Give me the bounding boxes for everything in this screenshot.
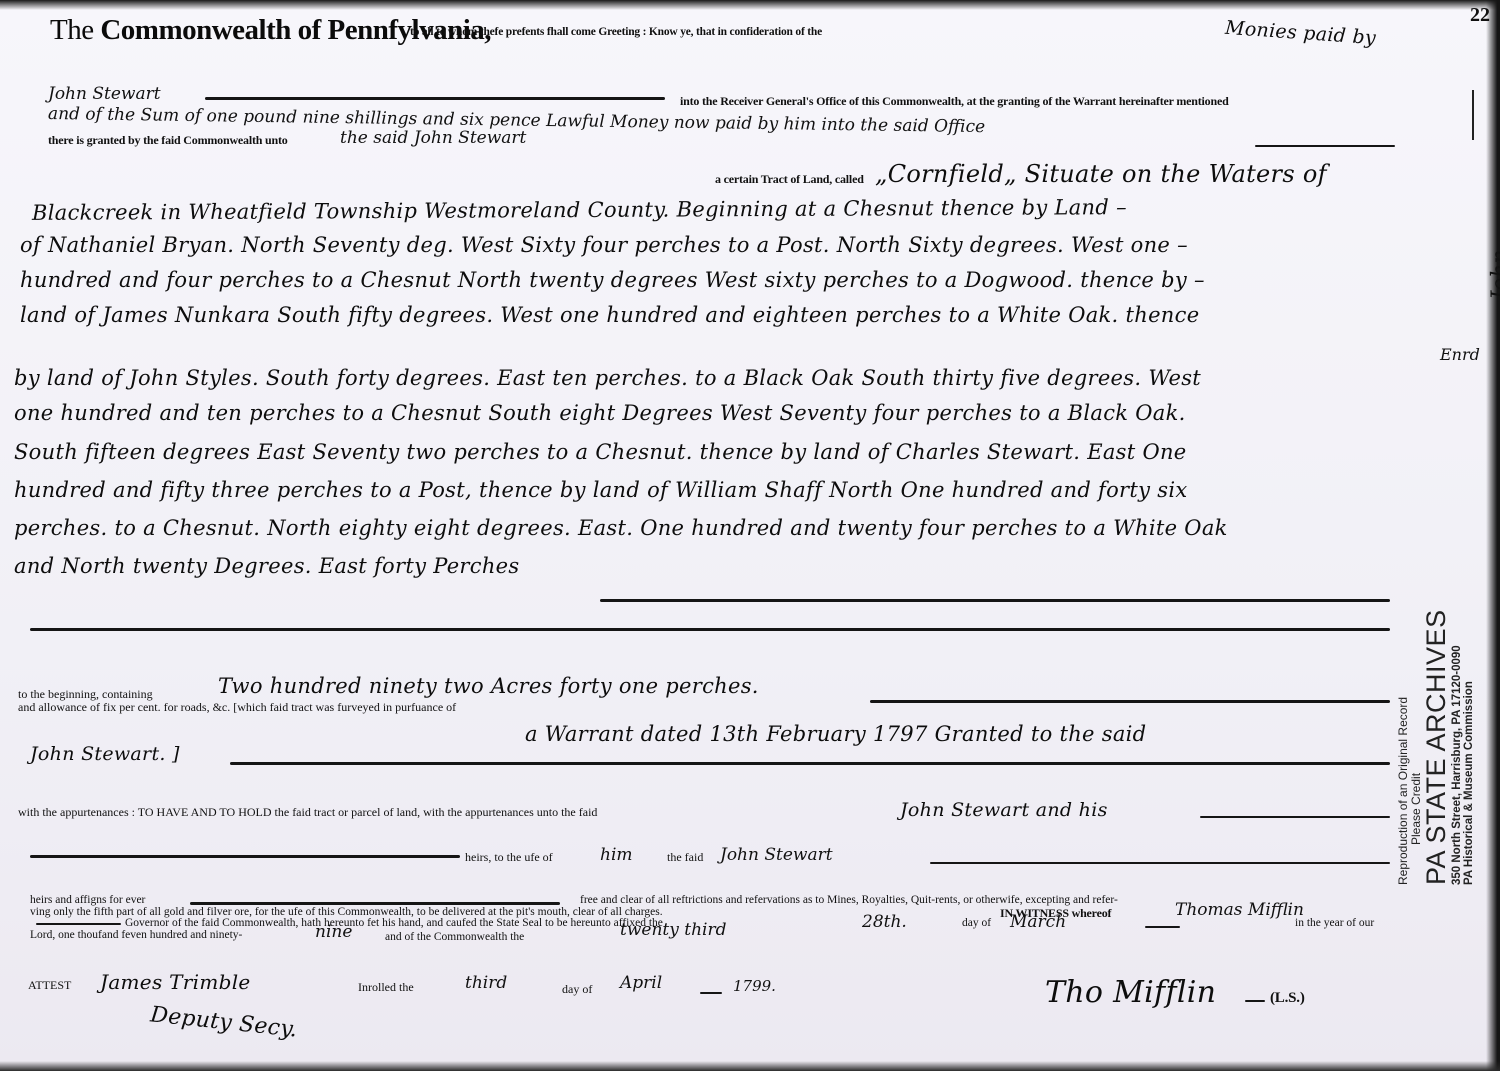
fill-rule — [190, 902, 560, 905]
enrolled-dayof-text: day of — [562, 982, 592, 997]
heirs-him-hand: him — [600, 845, 633, 865]
allowance-text: and allowance of fix per cent. for roads… — [18, 700, 456, 715]
receiver-general-text: into the Receiver General's Office of th… — [680, 94, 1229, 109]
scan-right-edge — [1486, 0, 1500, 1071]
grantee-bracket-hand: John Stewart. ] — [30, 743, 180, 765]
clause-commonwealth-text: and of the Commonwealth the — [385, 931, 524, 943]
fill-rule — [1255, 145, 1395, 147]
fill-rule — [870, 700, 1390, 703]
enrolled-month-hand: April — [620, 973, 662, 993]
fill-rule — [700, 992, 722, 994]
scan-top-edge — [0, 0, 1500, 10]
habendum-text: with the appurtenances : TO HAVE AND TO … — [18, 805, 597, 820]
clause-heirs-text: heirs and affigns for ever — [30, 894, 145, 906]
attest-label: ATTEST — [28, 978, 71, 993]
payer-name: John Stewart — [48, 84, 161, 104]
stamp-line-address: 350 North Street, Harrisburg, PA 17120-0… — [1451, 585, 1463, 885]
deputy-signature: Deputy Secy. — [149, 1002, 298, 1042]
page-number: 22 — [1470, 4, 1490, 27]
archives-stamp: Reproduction of an Original Record Pleas… — [1397, 585, 1475, 885]
fill-rule — [1145, 926, 1180, 928]
consideration-hand: Monies paid by — [1224, 17, 1376, 49]
margin-enrolled-hand: Enrd — [1440, 345, 1480, 364]
fill-rule — [930, 862, 1390, 864]
margin-name-hand: John Stewart — [1488, 212, 1500, 300]
description-line: land of James Nunkara South fifty degree… — [20, 303, 1199, 327]
tract-name-hand: „Cornfield„ Situate on the Waters of — [875, 160, 1327, 188]
stamp-line-archives: PA STATE ARCHIVES — [1422, 585, 1450, 885]
stamp-line-commission: PA Historical & Museum Commission — [1463, 585, 1475, 885]
enrolled-text: Inrolled the — [358, 980, 414, 995]
fill-rule — [30, 855, 460, 858]
granted-text: there is granted by the faid Commonwealt… — [48, 133, 288, 148]
description-line: of Nathaniel Bryan. North Seventy deg. W… — [20, 233, 1188, 257]
clause-restrictions-text: free and clear of all reftrictions and r… — [580, 894, 1118, 906]
fill-rule — [600, 599, 1390, 602]
enrolled-day-hand: third — [465, 973, 507, 993]
scan-bottom-edge — [0, 1061, 1500, 1071]
description-line: hundred and four perches to a Chesnut No… — [20, 268, 1205, 292]
title-the: The — [50, 14, 94, 46]
description-line: perches. to a Chesnut. North eighty eigh… — [14, 516, 1228, 540]
description-line: hundred and fifty three perches to a Pos… — [14, 478, 1188, 502]
fill-rule — [1200, 816, 1390, 818]
heirs-name-hand: John Stewart — [720, 845, 833, 865]
heirs-use-text: heirs, to the ufe of — [465, 850, 553, 865]
clause-lord-text: Lord, one thoufand feven hundred and nin… — [30, 929, 242, 941]
clause-governor-text: Governor of the faid Commonwealth, hath … — [125, 917, 663, 929]
witness-hand: Thomas Mifflin — [1175, 900, 1304, 920]
seal-dayof-text: day of — [962, 917, 991, 929]
description-line: one hundred and ten perches to a Chesnut… — [14, 401, 1186, 425]
seal-day-hand: 28th. — [862, 912, 907, 932]
seal-year-text: in the year of our — [1295, 917, 1374, 929]
tract-called-text: a certain Tract of Land, called — [715, 172, 864, 187]
seal-month-hand: March — [1010, 912, 1066, 932]
habendum-hand: John Stewart and his — [900, 799, 1108, 821]
fill-rule — [230, 762, 1390, 765]
acreage-hand: Two hundred ninety two Acres forty one p… — [218, 674, 759, 698]
governor-signature: Tho Mifflin — [1045, 975, 1216, 1010]
year-hand: nine — [315, 922, 352, 942]
enrolled-year-hand: 1799. — [733, 977, 776, 995]
margin-rule — [1472, 90, 1474, 140]
seal-ls: (L.S.) — [1270, 990, 1305, 1007]
grantee-hand: the said John Stewart — [340, 128, 526, 148]
description-line: and North twenty Degrees. East forty Per… — [14, 554, 519, 578]
attest-signature: James Trimble — [100, 970, 251, 994]
heirs-said-text: the faid — [667, 850, 703, 865]
fill-rule — [1245, 1000, 1265, 1002]
commonwealth-year-hand: twenty third — [620, 920, 726, 940]
description-line: South fifteen degrees East Seventy two p… — [14, 440, 1187, 464]
fill-rule — [205, 97, 665, 100]
description-line: by land of John Styles. South forty degr… — [14, 366, 1201, 390]
stamp-line-reproduction: Reproduction of an Original Record — [1397, 585, 1410, 885]
greeting-text: to all to whom thefe prefents fhall come… — [410, 26, 822, 38]
fill-rule — [36, 923, 121, 925]
warrant-hand: a Warrant dated 13th February 1797 Grant… — [525, 722, 1146, 746]
land-patent-document: The Commonwealth of Pennfylvania, to all… — [0, 0, 1500, 1071]
description-line: Blackcreek in Wheatfield Township Westmo… — [32, 195, 1127, 225]
fill-rule — [30, 628, 1390, 631]
